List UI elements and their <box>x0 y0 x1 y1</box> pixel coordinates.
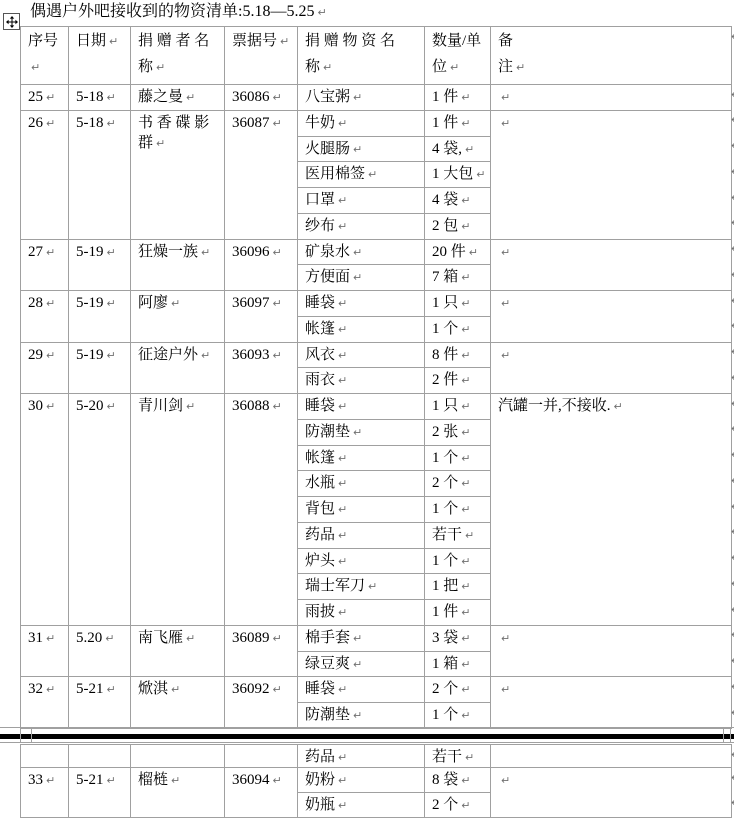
cell-item-qty[interactable]: 1 只↵ <box>425 291 491 317</box>
cell-item-qty-text: 4 袋 <box>432 192 458 208</box>
cell-serial-text: 32 <box>28 681 43 697</box>
cell-remark[interactable]: ↵ <box>491 85 732 111</box>
cell-date[interactable]: 5-19↵ <box>69 239 131 291</box>
end-of-cell-mark: ↵ <box>461 683 470 696</box>
end-of-cell-mark: ↵ <box>46 632 55 645</box>
cell-item-name-text: 睡袋 <box>305 681 335 697</box>
end-of-cell-mark: ↵ <box>186 91 195 104</box>
cell-item-qty-text: 2 个 <box>432 797 458 813</box>
cell-item-name[interactable]: 药品↵ <box>298 522 425 548</box>
page-edge-stub <box>31 727 32 743</box>
cell-donor-text: 书 香 碟 影 群 <box>138 115 209 151</box>
header-receipt-text: 票据号 <box>232 33 277 49</box>
cell-item-name[interactable]: 雨披↵ <box>298 600 425 626</box>
end-of-cell-mark: ↵ <box>107 91 116 104</box>
cell-remark[interactable]: ↵ <box>491 291 732 343</box>
end-of-cell-mark: ↵ <box>46 400 55 413</box>
cell-date[interactable]: 5-19↵ <box>69 291 131 343</box>
cell-item-qty-text: 4 袋, <box>432 141 462 157</box>
end-of-cell-mark: ↵ <box>338 452 347 465</box>
donation-table-page2: 药品↵若干↵33↵5-21↵榴梿↵36094↵奶粉↵8 袋↵↵奶瓶↵2 个↵ <box>20 744 732 818</box>
title-text: 偶遇户外吧接收到的物资清单:5.18—5.25 <box>30 3 314 20</box>
table-row: 27↵5-19↵狂燥一族↵36096↵矿泉水↵20 件↵↵ <box>21 239 732 265</box>
cell-serial[interactable]: 26↵ <box>21 110 69 239</box>
cell-item-qty-text: 8 件 <box>432 347 458 363</box>
end-of-cell-mark: ↵ <box>501 349 510 362</box>
end-of-cell-mark: ↵ <box>469 246 478 259</box>
cell-item-qty[interactable]: 3 袋↵ <box>425 625 491 651</box>
end-of-cell-mark: ↵ <box>461 349 470 362</box>
cell-item-name-text: 药品 <box>305 749 335 765</box>
end-of-cell-mark: ↵ <box>171 683 180 696</box>
cell-receipt[interactable]: 36092↵ <box>225 677 298 729</box>
header-serial[interactable]: 序号↵ <box>21 27 69 85</box>
cell-serial-text: 25 <box>28 89 43 105</box>
cell-remark[interactable]: ↵ <box>491 625 732 677</box>
table-row: 26↵5-18↵书 香 碟 影 群↵36087↵牛奶↵1 件↵↵ <box>21 110 732 136</box>
cell-receipt[interactable]: 36094↵ <box>225 768 298 818</box>
cell-date[interactable]: 5-21↵ <box>69 677 131 729</box>
cell-receipt[interactable]: 36087↵ <box>225 110 298 239</box>
cell-item-name[interactable]: 奶瓶↵ <box>298 793 425 818</box>
cell-donor-text: 阿廖 <box>138 295 168 311</box>
end-of-cell-mark: ↵ <box>201 246 210 259</box>
cell-item-name[interactable]: 雨衣↵ <box>298 368 425 394</box>
cell-item-name-text: 奶粉 <box>305 772 335 788</box>
cell-remark[interactable] <box>491 745 732 768</box>
cell-item-qty-text: 2 件 <box>432 372 458 388</box>
cell-serial[interactable]: 30↵ <box>21 394 69 626</box>
cell-item-qty-text: 1 个 <box>432 501 458 517</box>
end-of-cell-mark: ↵ <box>273 91 282 104</box>
end-of-cell-mark: ↵ <box>338 751 347 764</box>
cell-item-name[interactable]: 火腿肠↵ <box>298 136 425 162</box>
cell-receipt[interactable]: 36097↵ <box>225 291 298 343</box>
cell-item-name[interactable]: 矿泉水↵ <box>298 239 425 265</box>
cell-item-name-text: 八宝粥 <box>305 89 350 105</box>
cell-item-name-text: 牛奶 <box>305 115 335 131</box>
end-of-cell-mark: ↵ <box>156 137 165 150</box>
cell-item-qty[interactable]: 1 个↵ <box>425 316 491 342</box>
end-of-cell-mark: ↵ <box>46 91 55 104</box>
table-row: 32↵5-21↵焮淇↵36092↵睡袋↵2 个↵↵ <box>21 677 732 703</box>
cell-item-qty[interactable]: 2 个↵ <box>425 793 491 818</box>
end-of-cell-mark: ↵ <box>461 477 470 490</box>
end-of-cell-mark: ↵ <box>338 529 347 542</box>
end-of-cell-mark: ↵ <box>368 168 377 181</box>
cell-donor-text: 南飞雁 <box>138 630 183 646</box>
end-of-cell-mark: ↵ <box>461 117 470 130</box>
cell-serial-text: 29 <box>28 347 43 363</box>
end-of-cell-mark: ↵ <box>461 400 470 413</box>
end-of-cell-mark: ↵ <box>461 323 470 336</box>
cell-donor-text: 榴梿 <box>138 772 168 788</box>
cell-donor[interactable]: 焮淇↵ <box>131 677 225 729</box>
end-of-cell-mark: ↵ <box>109 35 118 48</box>
end-of-cell-mark: ↵ <box>46 774 55 787</box>
page-edge-stub <box>20 727 21 743</box>
header-date[interactable]: 日期↵ <box>69 27 131 85</box>
cell-item-qty[interactable]: 7 箱↵ <box>425 265 491 291</box>
cell-donor[interactable]: 榴梿↵ <box>131 768 225 818</box>
end-of-cell-mark: ↵ <box>461 271 470 284</box>
cell-serial[interactable] <box>21 745 69 768</box>
cell-donor[interactable]: 征途户外↵ <box>131 342 225 394</box>
cell-item-name[interactable]: 棉手套↵ <box>298 625 425 651</box>
end-of-cell-mark: ↵ <box>31 61 40 74</box>
end-of-cell-mark: ↵ <box>46 683 55 696</box>
cell-item-qty[interactable]: 1 件↵ <box>425 85 491 111</box>
cell-item-name[interactable]: 八宝粥↵ <box>298 85 425 111</box>
cell-item-name[interactable]: 奶粉↵ <box>298 768 425 793</box>
cell-donor[interactable]: 藤之曼↵ <box>131 85 225 111</box>
cell-remark[interactable]: ↵ <box>491 239 732 291</box>
cell-item-qty[interactable]: 8 件↵ <box>425 342 491 368</box>
cell-donor[interactable] <box>131 745 225 768</box>
cell-receipt[interactable]: 36096↵ <box>225 239 298 291</box>
cell-date[interactable] <box>69 745 131 768</box>
table-row: 33↵5-21↵榴梿↵36094↵奶粉↵8 袋↵↵ <box>21 768 732 793</box>
cell-item-qty-text: 1 大包 <box>432 166 473 182</box>
cell-item-name-text: 帐篷 <box>305 321 335 337</box>
cell-receipt-text: 36087 <box>232 115 270 131</box>
end-of-cell-mark: ↵ <box>338 477 347 490</box>
cell-item-qty-text: 2 个 <box>432 475 458 491</box>
cell-item-name-text: 防潮垫 <box>305 424 350 440</box>
cell-receipt[interactable]: 36086↵ <box>225 85 298 111</box>
end-of-cell-mark: ↵ <box>171 297 180 310</box>
end-of-cell-mark: ↵ <box>338 683 347 696</box>
end-of-cell-mark: ↵ <box>501 297 510 310</box>
table-row: 29↵5-19↵征途户外↵36093↵风衣↵8 件↵↵ <box>21 342 732 368</box>
end-of-cell-mark: ↵ <box>465 751 474 764</box>
end-of-cell-mark: ↵ <box>107 774 116 787</box>
end-of-cell-mark: ↵ <box>323 61 332 74</box>
cell-item-qty-text: 若干 <box>432 527 462 543</box>
cell-item-qty[interactable]: 2 件↵ <box>425 368 491 394</box>
cell-date-text: 5-19 <box>76 244 104 260</box>
cell-receipt-text: 36086 <box>232 89 270 105</box>
cell-serial[interactable]: 28↵ <box>21 291 69 343</box>
end-of-cell-mark: ↵ <box>338 297 347 310</box>
header-donor-text: 捐 赠 者 名 称 <box>138 33 209 75</box>
cell-item-qty[interactable]: 1 个↵ <box>425 497 491 523</box>
cell-item-name[interactable]: 药品↵ <box>298 745 425 768</box>
end-of-cell-mark: ↵ <box>273 349 282 362</box>
end-of-cell-mark: ↵ <box>353 709 362 722</box>
cell-item-qty[interactable]: 8 袋↵ <box>425 768 491 793</box>
table-move-handle[interactable] <box>3 13 20 30</box>
cell-item-qty[interactable]: 2 包↵ <box>425 213 491 239</box>
cell-receipt-text: 36089 <box>232 630 270 646</box>
end-of-cell-mark: ↵ <box>171 774 180 787</box>
cell-receipt[interactable]: 36089↵ <box>225 625 298 677</box>
end-of-cell-mark: ↵ <box>476 168 485 181</box>
cell-item-name-text: 睡袋 <box>305 295 335 311</box>
end-of-cell-mark: ↵ <box>105 632 114 645</box>
cell-item-name-text: 医用棉签 <box>305 166 365 182</box>
end-of-cell-mark: ↵ <box>186 632 195 645</box>
cell-item-qty-text: 1 个 <box>432 321 458 337</box>
cell-remark[interactable]: ↵ <box>491 110 732 239</box>
cell-item-name[interactable]: 绿豆爽↵ <box>298 651 425 677</box>
cell-item-qty[interactable]: 1 只↵ <box>425 394 491 420</box>
end-of-cell-mark: ↵ <box>107 117 116 130</box>
end-of-cell-mark: ↵ <box>280 35 289 48</box>
page-break-bottom-line <box>0 742 734 743</box>
cell-remark[interactable]: ↵ <box>491 768 732 818</box>
cell-donor[interactable]: 青川剑↵ <box>131 394 225 626</box>
cell-item-qty[interactable]: 1 个↵ <box>425 445 491 471</box>
end-of-cell-mark: ↵ <box>338 117 347 130</box>
word-document-page: 偶遇户外吧接收到的物资清单:5.18—5.25↵ 序号↵日期↵捐 赠 者 名 称… <box>0 0 734 823</box>
cell-item-name[interactable]: 风衣↵ <box>298 342 425 368</box>
end-of-cell-mark: ↵ <box>353 658 362 671</box>
cell-item-name-text: 棉手套 <box>305 630 350 646</box>
move-arrows-icon <box>6 16 18 28</box>
cell-serial[interactable]: 31↵ <box>21 625 69 677</box>
end-of-cell-mark: ↵ <box>461 220 470 233</box>
end-of-cell-mark: ↵ <box>501 117 510 130</box>
cell-item-qty-text: 8 袋 <box>432 772 458 788</box>
cell-receipt[interactable] <box>225 745 298 768</box>
cell-date-text: 5-18 <box>76 115 104 131</box>
end-of-cell-mark: ↵ <box>461 632 470 645</box>
cell-receipt[interactable]: 36088↵ <box>225 394 298 626</box>
end-of-cell-mark: ↵ <box>461 799 470 812</box>
header-serial-text: 序号 <box>28 33 58 49</box>
cell-date[interactable]: 5.20↵ <box>69 625 131 677</box>
end-of-cell-mark: ↵ <box>338 194 347 207</box>
end-of-cell-mark: ↵ <box>107 400 116 413</box>
end-of-cell-mark: ↵ <box>338 349 347 362</box>
cell-item-name-text: 绿豆爽 <box>305 656 350 672</box>
cell-item-qty[interactable]: 20 件↵ <box>425 239 491 265</box>
end-of-cell-mark: ↵ <box>201 349 210 362</box>
cell-date-text: 5-20 <box>76 398 104 414</box>
header-item-name-text: 捐 赠 物 资 名 称 <box>305 33 395 75</box>
end-of-cell-mark: ↵ <box>501 774 510 787</box>
cell-date-text: 5-21 <box>76 681 104 697</box>
cell-serial-text: 27 <box>28 244 43 260</box>
cell-item-qty[interactable]: 4 袋,↵ <box>425 136 491 162</box>
cell-item-qty-text: 1 件 <box>432 89 458 105</box>
cell-date-text: 5-19 <box>76 295 104 311</box>
cell-date[interactable]: 5-18↵ <box>69 110 131 239</box>
cell-item-name[interactable]: 纱布↵ <box>298 213 425 239</box>
cell-serial[interactable]: 29↵ <box>21 342 69 394</box>
cell-item-name-text: 药品 <box>305 527 335 543</box>
cell-item-name[interactable]: 帐篷↵ <box>298 316 425 342</box>
cell-donor-text: 狂燥一族 <box>138 244 198 260</box>
end-of-cell-mark: ↵ <box>338 323 347 336</box>
end-of-cell-mark: ↵ <box>461 503 470 516</box>
cell-item-name[interactable]: 牛奶↵ <box>298 110 425 136</box>
cell-donor[interactable]: 阿廖↵ <box>131 291 225 343</box>
end-of-cell-mark: ↵ <box>461 709 470 722</box>
cell-item-qty[interactable]: 1 把↵ <box>425 574 491 600</box>
cell-item-qty-text: 1 只 <box>432 295 458 311</box>
end-of-cell-mark: ↵ <box>338 606 347 619</box>
cell-item-name[interactable]: 防潮垫↵ <box>298 703 425 729</box>
cell-item-qty[interactable]: 若干↵ <box>425 522 491 548</box>
end-of-cell-mark: ↵ <box>46 297 55 310</box>
end-of-cell-mark: ↵ <box>46 117 55 130</box>
end-of-cell-mark: ↵ <box>338 400 347 413</box>
cell-date[interactable]: 5-19↵ <box>69 342 131 394</box>
end-of-cell-mark: ↵ <box>465 529 474 542</box>
cell-item-qty[interactable]: 2 个↵ <box>425 677 491 703</box>
end-of-cell-mark: ↵ <box>338 555 347 568</box>
cell-serial-text: 33 <box>28 772 43 788</box>
table-row: 30↵5-20↵青川剑↵36088↵睡袋↵1 只↵汽罐一并,不接收.↵ <box>21 394 732 420</box>
cell-item-name-text: 炉头 <box>305 553 335 569</box>
cell-donor-text: 藤之曼 <box>138 89 183 105</box>
cell-date-text: 5-19 <box>76 347 104 363</box>
end-of-cell-mark: ↵ <box>461 426 470 439</box>
cell-item-qty[interactable]: 4 袋↵ <box>425 188 491 214</box>
cell-item-name-text: 瑞士军刀 <box>305 578 365 594</box>
cell-serial[interactable]: 27↵ <box>21 239 69 291</box>
cell-remark[interactable]: 汽罐一并,不接收.↵ <box>491 394 732 626</box>
end-of-cell-mark: ↵ <box>338 774 347 787</box>
end-of-cell-mark: ↵ <box>501 91 510 104</box>
cell-donor[interactable]: 书 香 碟 影 群↵ <box>131 110 225 239</box>
cell-item-qty[interactable]: 2 个↵ <box>425 471 491 497</box>
cell-item-name[interactable]: 方便面↵ <box>298 265 425 291</box>
cell-item-name[interactable]: 口罩↵ <box>298 188 425 214</box>
header-donor[interactable]: 捐 赠 者 名 称↵ <box>131 27 225 85</box>
cell-item-qty[interactable]: 1 个↵ <box>425 703 491 729</box>
cell-item-name-text: 帐篷 <box>305 450 335 466</box>
cell-item-name[interactable]: 瑞士军刀↵ <box>298 574 425 600</box>
cell-item-name-text: 纱布 <box>305 218 335 234</box>
document-title[interactable]: 偶遇户外吧接收到的物资清单:5.18—5.25↵ <box>30 3 327 21</box>
end-of-cell-mark: ↵ <box>501 632 510 645</box>
end-of-cell-mark: ↵ <box>614 400 623 413</box>
cell-item-qty[interactable]: 1 大包↵ <box>425 162 491 188</box>
cell-item-qty[interactable]: 2 张↵ <box>425 419 491 445</box>
page-edge-stub <box>730 727 731 743</box>
cell-item-name[interactable]: 防潮垫↵ <box>298 419 425 445</box>
cell-receipt-text: 36094 <box>232 772 270 788</box>
cell-item-name[interactable]: 水瓶↵ <box>298 471 425 497</box>
cell-item-name-text: 矿泉水 <box>305 244 350 260</box>
cell-item-name-text: 奶瓶 <box>305 797 335 813</box>
end-of-cell-mark: ↵ <box>461 580 470 593</box>
end-of-cell-mark: ↵ <box>353 91 362 104</box>
cell-item-name[interactable]: 睡袋↵ <box>298 291 425 317</box>
end-of-cell-mark: ↵ <box>461 658 470 671</box>
end-of-cell-mark: ↵ <box>461 555 470 568</box>
cell-item-qty-text: 若干 <box>432 749 462 765</box>
end-of-cell-mark: ↵ <box>450 61 459 74</box>
end-of-cell-mark: ↵ <box>107 349 116 362</box>
end-of-cell-mark: ↵ <box>107 683 116 696</box>
cell-donor[interactable]: 南飞雁↵ <box>131 625 225 677</box>
cell-date[interactable]: 5-21↵ <box>69 768 131 818</box>
end-of-cell-mark: ↵ <box>273 297 282 310</box>
cell-item-name[interactable]: 睡袋↵ <box>298 677 425 703</box>
end-of-cell-mark: ↵ <box>353 632 362 645</box>
cell-item-name[interactable]: 医用棉签↵ <box>298 162 425 188</box>
cell-date[interactable]: 5-18↵ <box>69 85 131 111</box>
end-of-cell-mark: ↵ <box>338 220 347 233</box>
cell-item-qty-text: 1 件 <box>432 604 458 620</box>
continuation-row: 药品↵若干↵ <box>21 745 732 768</box>
cell-item-qty-text: 1 个 <box>432 553 458 569</box>
cell-item-qty[interactable]: 1 件↵ <box>425 600 491 626</box>
end-of-cell-mark: ↵ <box>156 61 165 74</box>
header-remark-text: 备 注 <box>498 33 513 75</box>
table-row: 28↵5-19↵阿廖↵36097↵睡袋↵1 只↵↵ <box>21 291 732 317</box>
cell-item-name[interactable]: 炉头↵ <box>298 548 425 574</box>
cell-donor-text: 焮淇 <box>138 681 168 697</box>
end-of-cell-mark: ↵ <box>461 91 470 104</box>
cell-item-qty-text: 2 张 <box>432 424 458 440</box>
cell-item-name-text: 防潮垫 <box>305 707 350 723</box>
table-row: 25↵5-18↵藤之曼↵36086↵八宝粥↵1 件↵↵ <box>21 85 732 111</box>
cell-serial[interactable]: 33↵ <box>21 768 69 818</box>
cell-item-qty[interactable]: 1 箱↵ <box>425 651 491 677</box>
cell-item-qty[interactable]: 若干↵ <box>425 745 491 768</box>
cell-remark[interactable]: ↵ <box>491 677 732 729</box>
cell-remark-text: 汽罐一并,不接收. <box>498 398 611 414</box>
end-of-cell-mark: ↵ <box>461 452 470 465</box>
header-receipt[interactable]: 票据号↵ <box>225 27 298 85</box>
cell-item-qty-text: 3 袋 <box>432 630 458 646</box>
cell-item-qty-text: 2 包 <box>432 218 458 234</box>
cell-item-name[interactable]: 帐篷↵ <box>298 445 425 471</box>
end-of-line-mark: ↵ <box>317 6 326 19</box>
page-break-bar <box>0 734 734 739</box>
header-row: 序号↵日期↵捐 赠 者 名 称↵票据号↵捐 赠 物 资 名 称↵数量/单 位↵备… <box>21 27 732 85</box>
cell-item-qty[interactable]: 1 个↵ <box>425 548 491 574</box>
cell-donor[interactable]: 狂燥一族↵ <box>131 239 225 291</box>
end-of-cell-mark: ↵ <box>273 117 282 130</box>
end-of-cell-mark: ↵ <box>273 683 282 696</box>
cell-item-name[interactable]: 背包↵ <box>298 497 425 523</box>
cell-item-name-text: 火腿肠 <box>305 141 350 157</box>
header-remark[interactable]: 备 注↵ <box>491 27 732 85</box>
cell-receipt[interactable]: 36093↵ <box>225 342 298 394</box>
cell-item-qty-text: 1 个 <box>432 707 458 723</box>
cell-item-qty[interactable]: 1 件↵ <box>425 110 491 136</box>
end-of-cell-mark: ↵ <box>273 400 282 413</box>
cell-receipt-text: 36097 <box>232 295 270 311</box>
cell-item-name-text: 口罩 <box>305 192 335 208</box>
header-item-name[interactable]: 捐 赠 物 资 名 称↵ <box>298 27 425 85</box>
cell-serial[interactable]: 32↵ <box>21 677 69 729</box>
cell-item-name[interactable]: 睡袋↵ <box>298 394 425 420</box>
cell-serial[interactable]: 25↵ <box>21 85 69 111</box>
header-qty-unit[interactable]: 数量/单 位↵ <box>425 27 491 85</box>
end-of-cell-mark: ↵ <box>461 774 470 787</box>
cell-item-qty-text: 7 箱 <box>432 269 458 285</box>
cell-receipt-text: 36096 <box>232 244 270 260</box>
cell-remark[interactable]: ↵ <box>491 342 732 394</box>
end-of-cell-mark: ↵ <box>465 143 474 156</box>
end-of-cell-mark: ↵ <box>338 503 347 516</box>
end-of-cell-mark: ↵ <box>501 246 510 259</box>
end-of-cell-mark: ↵ <box>107 297 116 310</box>
cell-date[interactable]: 5-20↵ <box>69 394 131 626</box>
cell-donor-text: 征途户外 <box>138 347 198 363</box>
cell-item-qty-text: 1 只 <box>432 398 458 414</box>
end-of-cell-mark: ↵ <box>461 194 470 207</box>
end-of-cell-mark: ↵ <box>46 246 55 259</box>
end-of-cell-mark: ↵ <box>353 426 362 439</box>
